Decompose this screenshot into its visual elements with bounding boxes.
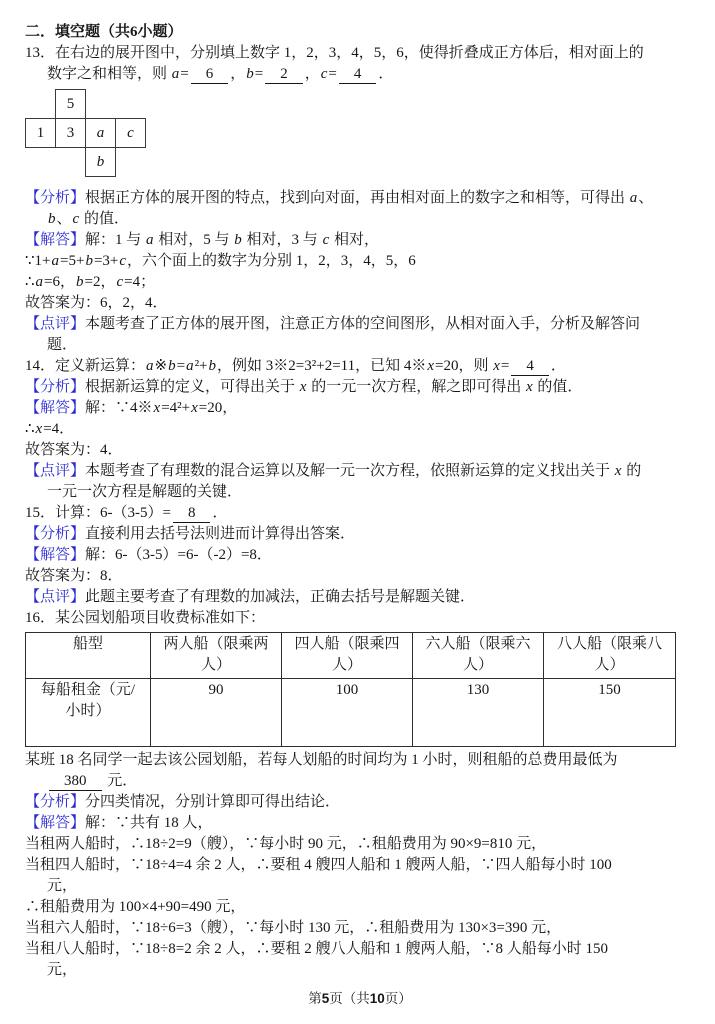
text-line: 【解答】解：∵4※x=4²+x=20，	[25, 398, 695, 419]
text-segment: a	[629, 190, 639, 206]
text-line: 【分析】分四类情况，分别计算即可得出结论．	[25, 792, 695, 813]
text-segment: 分四类情况，分别计算即可得出结论．	[85, 794, 340, 810]
text-segment: 页）	[385, 991, 412, 1006]
text-segment: 页（共	[329, 991, 370, 1006]
table-cell: 90	[151, 679, 282, 747]
text-line: 【点评】本题考查了有理数的混合运算以及解一元一次方程，依照新运算的定义找出关于 …	[25, 461, 695, 482]
table-cell: 每船租金（元/小时）	[26, 679, 151, 747]
text-segment: 直接利用去括号法则进而计算得出答案．	[85, 526, 355, 542]
answer-blank: 380	[49, 772, 102, 791]
text-segment: 相对，5 与	[155, 232, 234, 248]
text-segment: ∴	[25, 421, 35, 437]
text-segment: 解：1 与	[85, 232, 145, 248]
text-segment: 本题考查了正方体的展开图，注意正方体的空间图形，从相对面入手，分析及解答问	[85, 316, 640, 332]
text-line: 380 元．	[25, 771, 695, 792]
table-header-cell: 两人船（限乘两人）	[151, 633, 282, 679]
section-label: 【点评】	[25, 316, 85, 332]
text-segment: b	[47, 211, 57, 227]
text-segment: 元，	[47, 878, 77, 894]
text-segment: b	[75, 274, 85, 290]
text-line: 当租八人船时，∵18÷8=2 余 2 人，∴要租 2 艘八人船和 1 艘两人船，…	[25, 939, 695, 960]
text-segment: b	[84, 253, 94, 269]
section-label: 【分析】	[25, 526, 85, 542]
text-segment: b	[167, 358, 177, 374]
text-segment: c	[115, 274, 124, 290]
text-segment: 根据新运算的定义，可得出关于	[85, 379, 299, 395]
text-segment: 题．	[47, 337, 77, 353]
text-segment: ∴	[25, 274, 35, 290]
text-segment: x	[426, 358, 435, 374]
text-line: 故答案为：8．	[25, 566, 695, 587]
answer-blank: 4	[339, 65, 377, 84]
text-line: ∵1+a=5+b=3+c，六个面上的数字为分别 1，2，3，4，5，6	[25, 251, 695, 272]
answer-blank: 6	[191, 65, 229, 84]
table-header-row: 船型 两人船（限乘两人） 四人船（限乘四人） 六人船（限乘六人） 八人船（限乘八…	[26, 633, 676, 679]
text-line: 【解答】解：1 与 a 相对，5 与 b 相对，3 与 c 相对，	[25, 230, 695, 251]
table-row: 每船租金（元/小时） 90 100 130 150	[26, 679, 676, 747]
text-segment: a	[171, 66, 181, 82]
text-line: 数字之和相等，则 a=6，b=2，c=4．	[25, 64, 695, 85]
text-segment: 相对，	[330, 232, 379, 248]
text-segment: ，	[230, 66, 245, 82]
text-line: 元，	[25, 960, 695, 981]
text-segment: 解：∵4※	[85, 400, 153, 416]
text-line: 元，	[25, 876, 695, 897]
table-header-cell: 六人船（限乘六人）	[413, 633, 544, 679]
answer-blank: 4	[511, 357, 549, 376]
text-segment: ，例如 3※2=3²+2=11，已知 4※	[217, 358, 426, 374]
table-header-cell: 四人船（限乘四人）	[282, 633, 413, 679]
text-segment: 、	[57, 211, 72, 227]
text-segment: =3+	[94, 253, 118, 269]
text-segment: 10	[370, 991, 385, 1006]
pricing-table: 船型 两人船（限乘两人） 四人船（限乘四人） 六人船（限乘六人） 八人船（限乘八…	[25, 632, 676, 747]
text-segment: =	[328, 66, 336, 82]
text-segment: ※	[155, 358, 168, 374]
text-segment: a	[35, 274, 45, 290]
text-line: ∴a=6，b=2，c=4；	[25, 272, 695, 293]
text-segment: 故答案为：6，2，4．	[25, 295, 168, 311]
text-line: 【解答】解：∵共有 18 人，	[25, 813, 695, 834]
text-segment: x	[190, 400, 199, 416]
text-line: 题．	[25, 335, 695, 356]
net-cell: 1	[25, 118, 56, 148]
text-line: b、c 的值．	[25, 209, 695, 230]
text-line: 15．计算：6-（3-5）=8．	[25, 503, 695, 524]
section-label: 【分析】	[25, 190, 85, 206]
text-line: 二．填空题（共6小题）	[25, 22, 695, 43]
text-segment: 的值．	[534, 379, 583, 395]
text-segment: ．	[551, 358, 566, 374]
text-segment: a	[51, 253, 61, 269]
text-segment: ，	[305, 66, 320, 82]
text-segment: 二．填空题（共6小题）	[25, 24, 183, 40]
text-segment: 数字之和相等，则	[47, 66, 171, 82]
text-segment: 、	[638, 190, 653, 206]
text-segment: a	[185, 358, 195, 374]
text-segment: c	[322, 232, 331, 248]
section-label: 【解答】	[25, 400, 85, 416]
text-line: 一元一次方程是解题的关键．	[25, 482, 695, 503]
section-label: 【解答】	[25, 815, 85, 831]
text-line: 当租四人船时，∵18÷4=4 余 2 人，∴要租 4 艘四人船和 1 艘两人船，…	[25, 855, 695, 876]
text-segment: 一元一次方程是解题的关键．	[47, 484, 242, 500]
text-line: 当租六人船时，∵18÷6=3（艘），∵每小时 130 元，∴租船费用为 130×…	[25, 918, 695, 939]
question-13-block: 二．填空题（共6小题）13．在右边的展开图中，分别填上数字 1，2，3，4，5，…	[25, 22, 695, 85]
text-segment: 某班 18 名同学一起去该公园划船，若每人划船的时间均为 1 小时，则租船的总费…	[25, 752, 618, 768]
text-line: 某班 18 名同学一起去该公园划船，若每人划船的时间均为 1 小时，则租船的总费…	[25, 750, 695, 771]
text-segment: 当租八人船时，∵18÷8=2 余 2 人，∴要租 2 艘八人船和 1 艘两人船，…	[25, 941, 608, 957]
table-cell: 150	[544, 679, 676, 747]
text-segment: =4²+	[161, 400, 190, 416]
text-segment: 16．某公园划船项目收费标准如下：	[25, 610, 265, 626]
table-header-cell: 船型	[26, 633, 151, 679]
text-line: 【点评】此题主要考查了有理数的加减法，正确去括号是解题关键．	[25, 587, 695, 608]
text-segment: =6，	[44, 274, 75, 290]
text-segment: 故答案为：8．	[25, 568, 123, 584]
text-segment: 当租两人船时，∴18÷2=9（艘），∵每小时 90 元，∴租船费用为 90×9=…	[25, 836, 546, 852]
text-segment: b	[233, 232, 243, 248]
text-segment: =20，则	[435, 358, 492, 374]
text-line: 14．定义新运算：a※b=a²+b，例如 3※2=3²+2=11，已知 4※x=…	[25, 356, 695, 377]
text-line: 13．在右边的展开图中，分别填上数字 1，2，3，4，5，6，使得折叠成正方体后…	[25, 43, 695, 64]
text-segment: =4；	[124, 274, 155, 290]
text-line: 【分析】根据新运算的定义，可得出关于 x 的一元一次方程，解之即可得出 x 的值…	[25, 377, 695, 398]
text-line: 【解答】解：6-（3-5）=6-（-2）=8．	[25, 545, 695, 566]
net-cell: a	[85, 118, 116, 148]
text-segment: 15．计算：6-（3-5）=	[25, 505, 171, 521]
section-label: 【解答】	[25, 232, 85, 248]
page-footer: 第5页（共10页）	[25, 987, 695, 1007]
text-segment: ²+	[195, 358, 208, 374]
text-segment: 相对，3 与	[243, 232, 322, 248]
section-label: 【解答】	[25, 547, 85, 563]
section-label: 【分析】	[25, 379, 85, 395]
cube-net-diagram: 513acb	[25, 89, 695, 178]
net-cell: 3	[55, 118, 86, 148]
text-segment: x	[525, 379, 534, 395]
text-segment: =20，	[199, 400, 237, 416]
table-cell: 130	[413, 679, 544, 747]
text-segment: ，六个面上的数字为分别 1，2，3，4，5，6	[127, 253, 416, 269]
text-segment: 第	[308, 991, 322, 1006]
text-segment: =	[255, 66, 263, 82]
text-segment: 故答案为：4．	[25, 442, 123, 458]
text-segment: 本题考查了有理数的混合运算以及解一元一次方程，依照新运算的定义找出关于	[85, 463, 614, 479]
net-cell: 5	[55, 89, 86, 119]
text-segment: 解：6-（3-5）=6-（-2）=8．	[85, 547, 272, 563]
text-line: 【分析】根据正方体的展开图的特点，找到向对面，再由相对面上的数字之和相等，可得出…	[25, 188, 695, 209]
table-cell: 100	[282, 679, 413, 747]
text-segment: a	[145, 232, 155, 248]
text-segment: x	[153, 400, 162, 416]
text-segment: x	[35, 421, 44, 437]
text-segment: 解：∵共有 18 人，	[85, 815, 213, 831]
text-segment: 13．在右边的展开图中，分别填上数字 1，2，3，4，5，6，使得折叠成正方体后…	[25, 45, 644, 61]
text-segment: ．	[212, 505, 227, 521]
text-segment: =	[177, 358, 185, 374]
text-segment: 元．	[104, 773, 138, 789]
text-segment: 的一元一次方程，解之即可得出	[307, 379, 525, 395]
text-segment: 元，	[47, 962, 77, 978]
text-line: 【分析】直接利用去括号法则进而计算得出答案．	[25, 524, 695, 545]
text-segment: a	[145, 358, 155, 374]
text-line: 故答案为：4．	[25, 440, 695, 461]
net-cell: c	[115, 118, 146, 148]
questions-13-16-block: 【分析】根据正方体的展开图的特点，找到向对面，再由相对面上的数字之和相等，可得出…	[25, 188, 695, 629]
text-segment: 此题主要考查了有理数的加减法，正确去括号是解题关键．	[85, 589, 475, 605]
text-line: ∴租船费用为 100×4+90=490 元，	[25, 897, 695, 918]
text-line: ∴x=4．	[25, 419, 695, 440]
text-line: 故答案为：6，2，4．	[25, 293, 695, 314]
text-segment: c	[72, 211, 81, 227]
section-label: 【分析】	[25, 794, 85, 810]
section-label: 【点评】	[25, 589, 85, 605]
table-header-cell: 八人船（限乘八人）	[544, 633, 676, 679]
text-segment: ．	[378, 66, 393, 82]
text-segment: x	[492, 358, 501, 374]
text-segment: b	[208, 358, 218, 374]
text-segment: =5+	[60, 253, 84, 269]
question-16-solution-block: 某班 18 名同学一起去该公园划船，若每人划船的时间均为 1 小时，则租船的总费…	[25, 750, 695, 981]
text-segment: 的值．	[80, 211, 129, 227]
text-line: 16．某公园划船项目收费标准如下：	[25, 608, 695, 629]
text-line: 当租两人船时，∴18÷2=9（艘），∵每小时 90 元，∴租船费用为 90×9=…	[25, 834, 695, 855]
text-segment: =	[501, 358, 509, 374]
answer-blank: 2	[265, 65, 303, 84]
text-segment: ∴租船费用为 100×4+90=490 元，	[25, 899, 245, 915]
text-segment: b	[245, 66, 255, 82]
text-segment: =4．	[43, 421, 74, 437]
text-segment: 14．定义新运算：	[25, 358, 145, 374]
text-segment: c	[118, 253, 127, 269]
text-segment: ∵1+	[25, 253, 51, 269]
text-segment: 当租六人船时，∵18÷6=3（艘），∵每小时 130 元，∴租船费用为 130×…	[25, 920, 561, 936]
section-label: 【点评】	[25, 463, 85, 479]
text-segment: 当租四人船时，∵18÷4=4 余 2 人，∴要租 4 艘四人船和 1 艘两人船，…	[25, 857, 612, 873]
text-line: 【点评】本题考查了正方体的展开图，注意正方体的空间图形，从相对面入手，分析及解答…	[25, 314, 695, 335]
text-segment: =	[180, 66, 188, 82]
answer-blank: 8	[173, 504, 211, 523]
net-cell: b	[85, 147, 116, 177]
document-page: 二．填空题（共6小题）13．在右边的展开图中，分别填上数字 1，2，3，4，5，…	[0, 0, 715, 1007]
text-segment: 的	[622, 463, 641, 479]
text-segment: 根据正方体的展开图的特点，找到向对面，再由相对面上的数字之和相等，可得出	[85, 190, 629, 206]
text-segment: =2，	[85, 274, 116, 290]
